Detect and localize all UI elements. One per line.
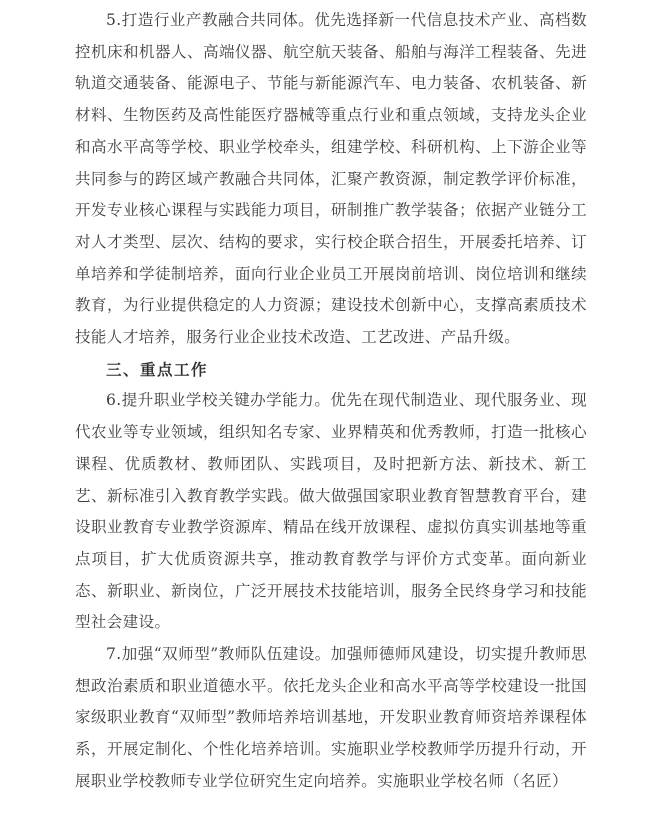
section-heading-key-tasks: 三、重点工作 xyxy=(75,354,587,386)
paragraph-5-industry-education-community: 5.打造行业产教融合共同体。优先选择新一代信息技术产业、高档数控机床和机器人、高… xyxy=(75,5,587,354)
document-page: 5.打造行业产教融合共同体。优先选择新一代信息技术产业、高档数控机床和机器人、高… xyxy=(0,0,657,820)
paragraph-7-dual-qualified-teachers: 7.加强“双师型”教师队伍建设。加强师德师风建设，切实提升教师思想政治素质和职业… xyxy=(75,639,587,798)
paragraph-6-school-capability: 6.提升职业学校关键办学能力。优先在现代制造业、现代服务业、现代农业等专业领域，… xyxy=(75,385,587,639)
